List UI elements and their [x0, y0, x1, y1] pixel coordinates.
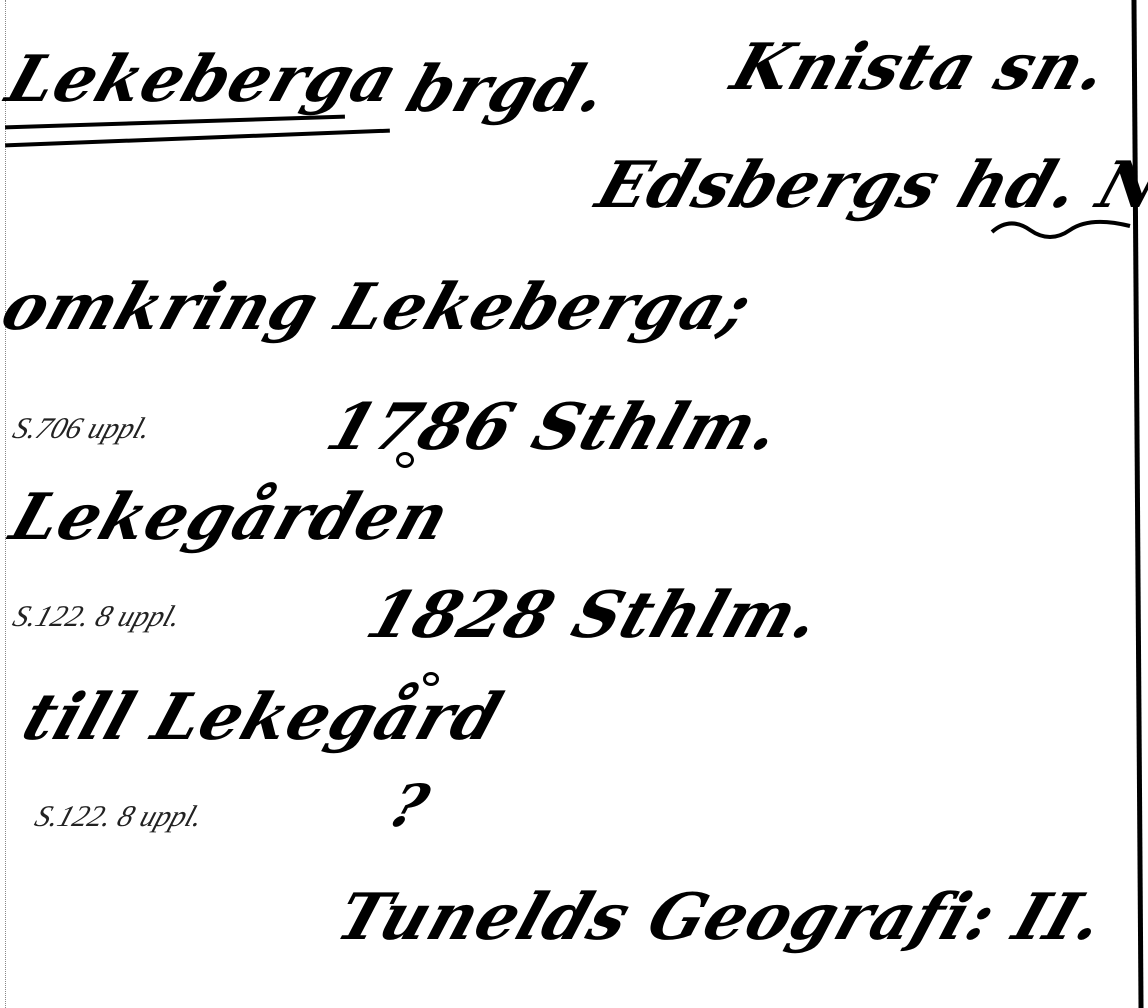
heading-underline-2: [5, 129, 390, 148]
card-left-edge: [5, 0, 7, 1008]
year-place-1: 1786 Sthlm.: [318, 390, 790, 465]
line-omkring: omkring Lekeberga;: [0, 270, 761, 345]
heading-type: brgd.: [398, 52, 618, 127]
archive-card: Lekeberga brgd. Knista sn. Edsbergs hd. …: [0, 0, 1148, 1008]
year-place-2: 1828 Sthlm.: [358, 578, 830, 653]
name-lekegarden: Lekegården: [2, 480, 459, 555]
reference-1: S.706 uppl.: [8, 412, 155, 446]
district-underline-squiggle: [990, 212, 1135, 242]
query-mark: ?: [381, 772, 438, 840]
name-till-lekegard: till Lekegård: [14, 680, 512, 755]
ring-accent-a: [396, 452, 414, 468]
heading-place-name: Lekeberga: [0, 42, 407, 117]
reference-3: S.122. 8 uppl.: [30, 800, 207, 834]
source-citation: Tunelds Geografi: II.: [328, 880, 1114, 955]
reference-2: S.122. 8 uppl.: [8, 600, 185, 634]
heading-parish: Knista sn.: [723, 30, 1118, 105]
